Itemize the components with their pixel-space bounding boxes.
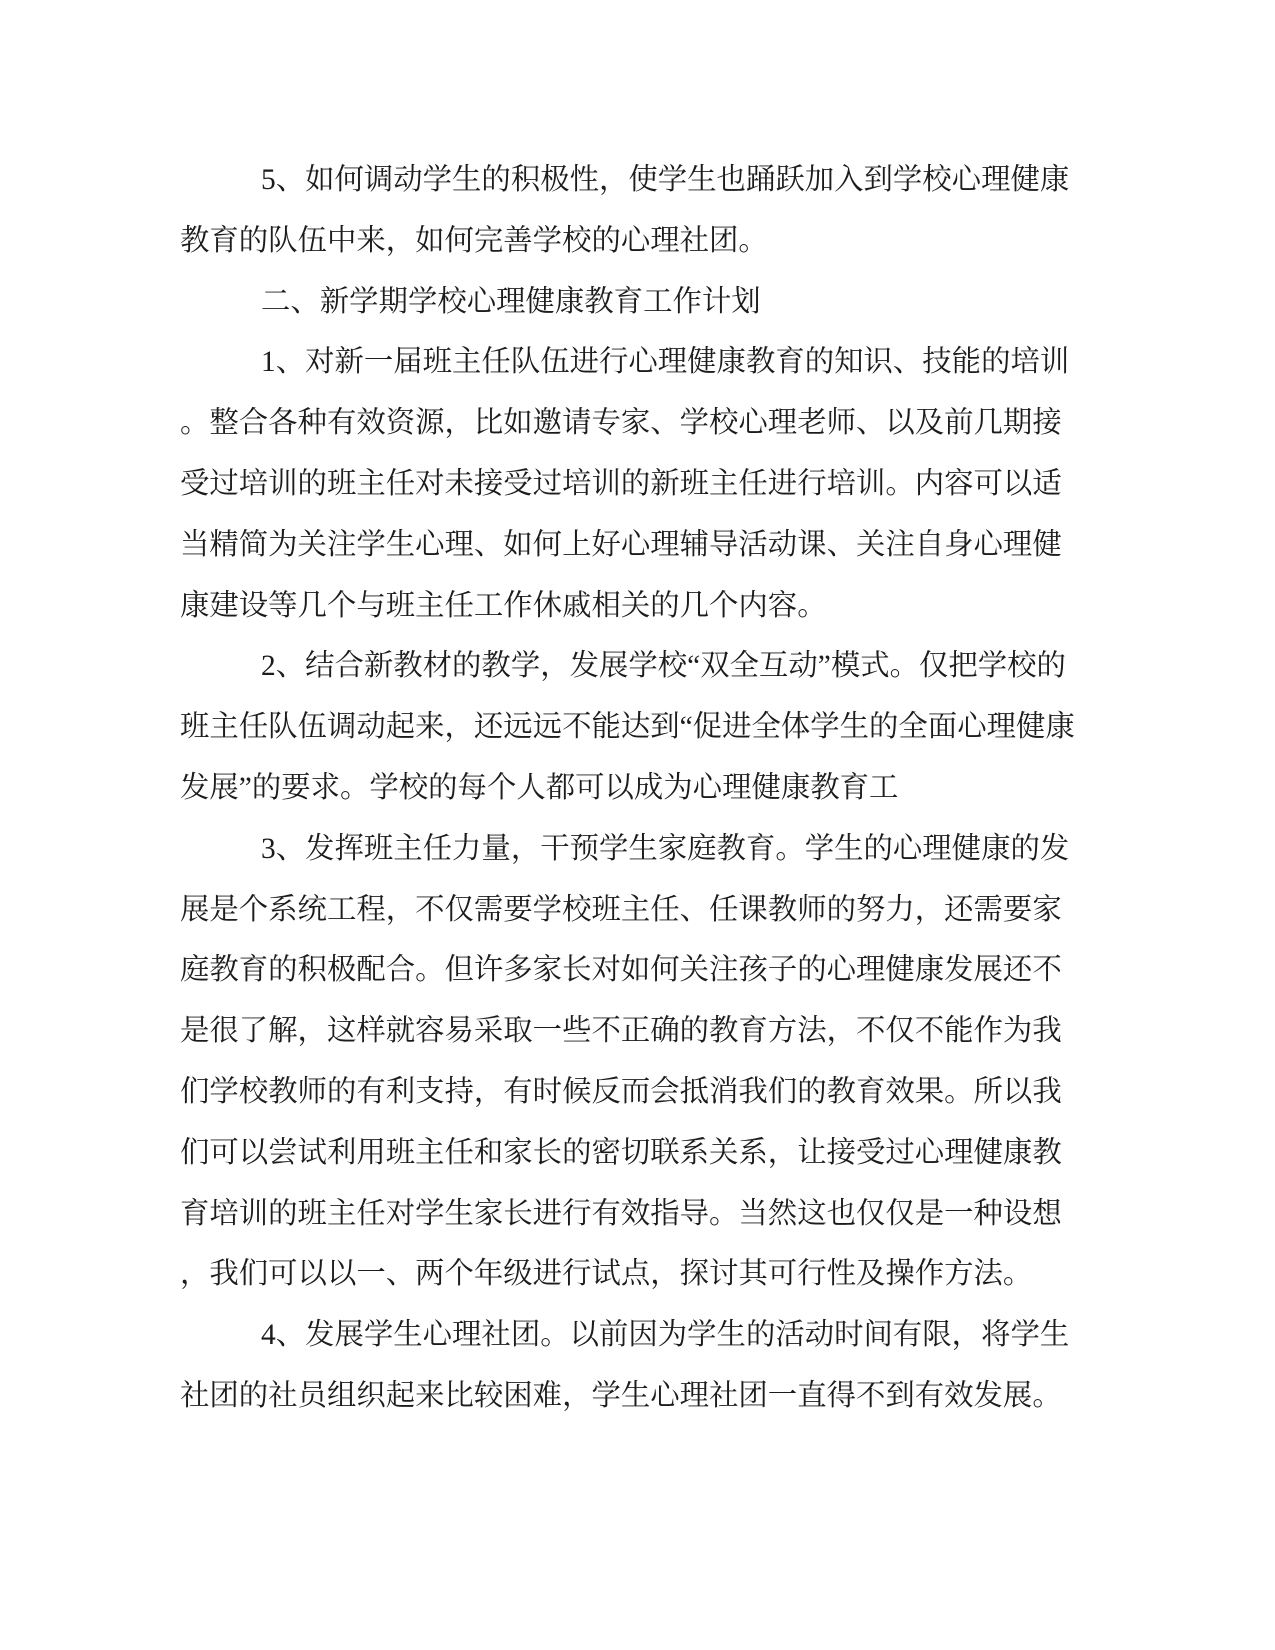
text-line: 发展”的要求。学校的每个人都可以成为心理健康教育工 xyxy=(180,758,1066,819)
text-line: 们学校教师的有利支持，有时候反而会抵消我们的教育效果。所以我 xyxy=(180,1062,1066,1123)
document-body: 5、如何调动学生的积极性，使学生也踊跃加入到学校心理健康 教育的队伍中来，如何完… xyxy=(180,150,1066,1427)
text-line: 2、结合新教材的教学，发展学校“双全互动”模式。仅把学校的 xyxy=(180,636,1066,697)
text-line: 展是个系统工程，不仅需要学校班主任、任课教师的努力，还需要家 xyxy=(180,880,1066,941)
text-line: 们可以尝试利用班主任和家长的密切联系关系，让接受过心理健康教 xyxy=(180,1123,1066,1184)
document-page: 5、如何调动学生的积极性，使学生也踊跃加入到学校心理健康 教育的队伍中来，如何完… xyxy=(0,0,1275,1650)
text-line: 当精简为关注学生心理、如何上好心理辅导活动课、关注自身心理健 xyxy=(180,515,1066,576)
text-line: 育培训的班主任对学生家长进行有效指导。当然这也仅仅是一种设想 xyxy=(180,1184,1066,1245)
text-line: ，我们可以以一、两个年级进行试点，探讨其可行性及操作方法。 xyxy=(180,1244,1066,1305)
text-line: 庭教育的积极配合。但许多家长对如何关注孩子的心理健康发展还不 xyxy=(180,940,1066,1001)
text-line: 5、如何调动学生的积极性，使学生也踊跃加入到学校心理健康 xyxy=(180,150,1066,211)
text-line: 班主任队伍调动起来，还远远不能达到“促进全体学生的全面心理健康 xyxy=(180,697,1066,758)
text-line: 。整合各种有效资源，比如邀请专家、学校心理老师、以及前几期接 xyxy=(180,393,1066,454)
text-line: 受过培训的班主任对未接受过培训的新班主任进行培训。内容可以适 xyxy=(180,454,1066,515)
text-line: 社团的社员组织起来比较困难，学生心理社团一直得不到有效发展。 xyxy=(180,1366,1066,1427)
text-line: 1、对新一届班主任队伍进行心理健康教育的知识、技能的培训 xyxy=(180,332,1066,393)
text-line: 4、发展学生心理社团。以前因为学生的活动时间有限，将学生 xyxy=(180,1305,1066,1366)
text-line: 是很了解，这样就容易采取一些不正确的教育方法，不仅不能作为我 xyxy=(180,1001,1066,1062)
text-line: 教育的队伍中来，如何完善学校的心理社团。 xyxy=(180,211,1066,272)
text-line: 康建设等几个与班主任工作休戚相关的几个内容。 xyxy=(180,576,1066,637)
section-heading: 二、新学期学校心理健康教育工作计划 xyxy=(180,272,1066,333)
text-line: 3、发挥班主任力量，干预学生家庭教育。学生的心理健康的发 xyxy=(180,819,1066,880)
